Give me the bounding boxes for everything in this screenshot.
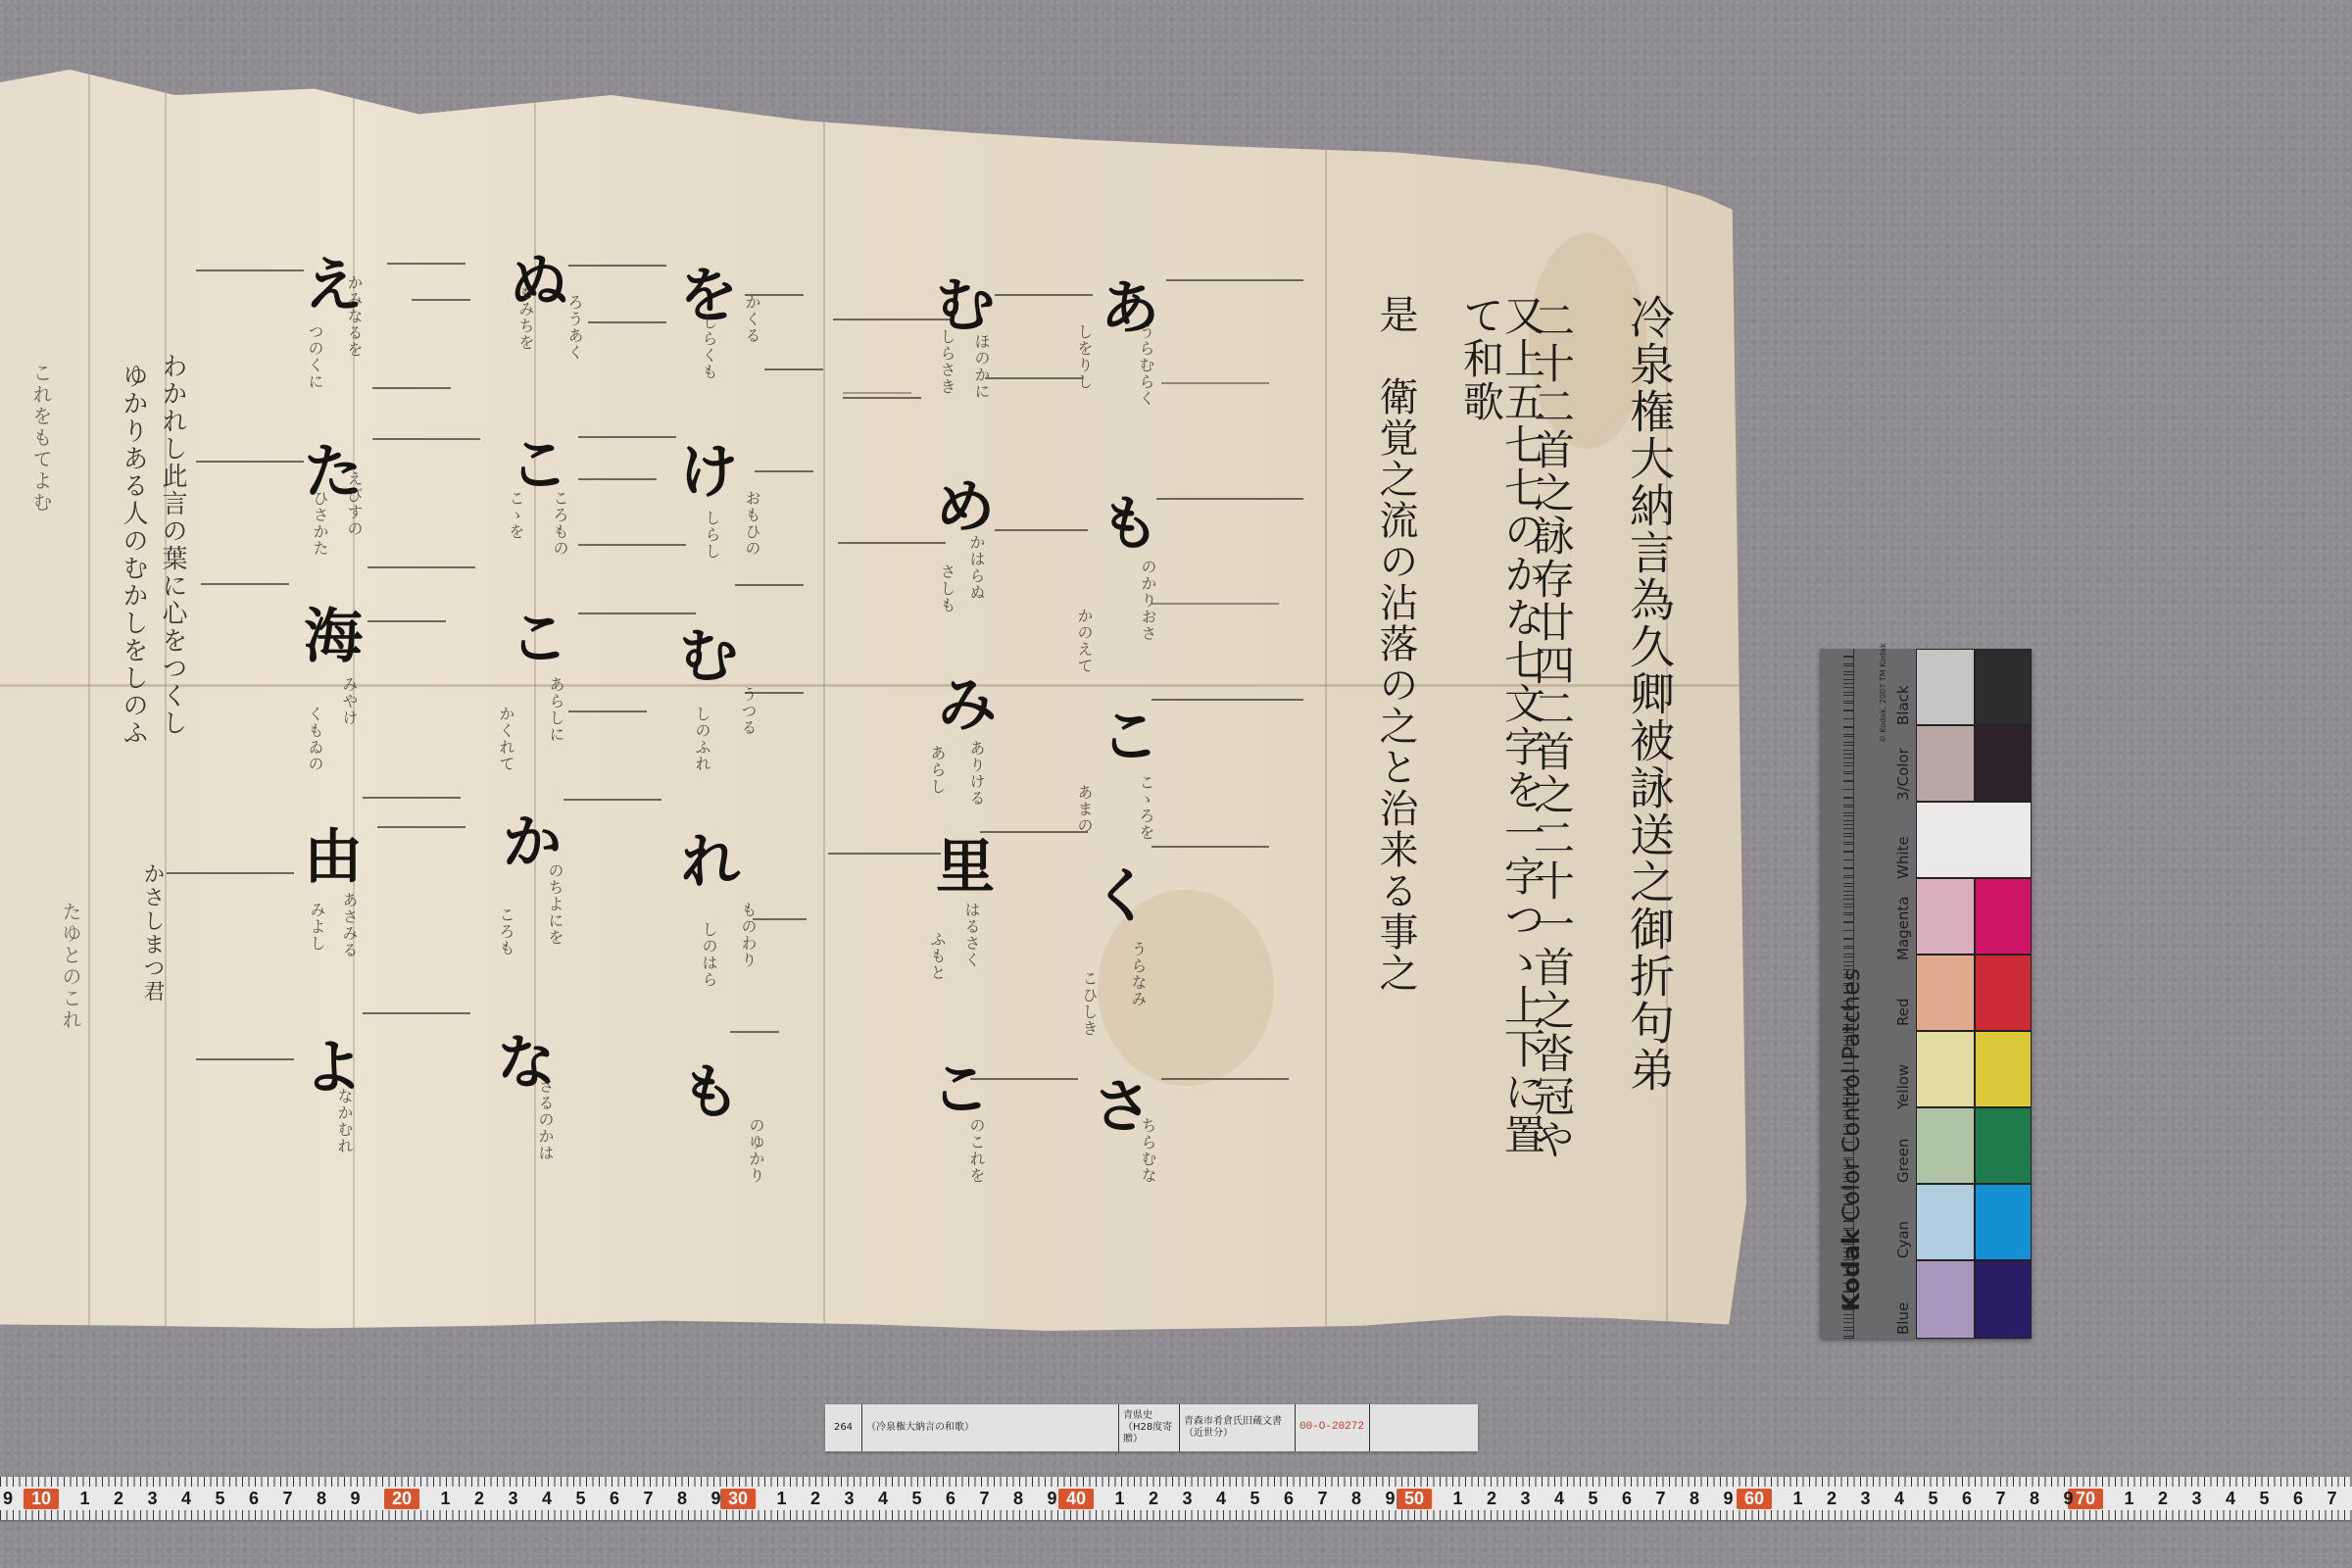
- tape-digit: 7: [1991, 1489, 2011, 1509]
- gloss-column: ろうあく: [563, 294, 586, 431]
- fold-line: [1325, 57, 1327, 1331]
- acrostic-kana: 海: [299, 608, 367, 666]
- gloss-line: [377, 826, 465, 828]
- gloss-column: こひしき: [1078, 970, 1101, 1088]
- gloss-column: みやけ: [338, 676, 361, 774]
- gloss-line: [753, 918, 807, 920]
- patch-cyan-light: [1916, 1184, 1975, 1260]
- acrostic-kana: む: [931, 276, 1000, 335]
- gloss-line: [1151, 603, 1279, 605]
- tape-digit: 4: [2221, 1489, 2240, 1509]
- tape-mark-50: 50: [1396, 1489, 1432, 1509]
- gloss-line: [387, 263, 465, 265]
- tape-mark-60: 60: [1737, 1489, 1772, 1509]
- gloss-column: さるのかは: [534, 1078, 557, 1205]
- measuring-tape: 9 10 20 30 40 50 60 70 12345678912345678…: [0, 1477, 2352, 1520]
- tape-digit: 1: [1110, 1489, 1130, 1509]
- gloss-line: [367, 620, 446, 622]
- patch-label-blue: Blue: [1894, 1302, 1912, 1335]
- catalog-number: 264: [825, 1404, 862, 1451]
- gloss-column: かはらぬ: [965, 534, 988, 681]
- tape-digit: 5: [1584, 1489, 1603, 1509]
- acrostic-kana: も: [676, 1063, 745, 1122]
- gloss-column: ふもと: [926, 931, 949, 1039]
- patch-magenta-light: [1916, 878, 1975, 955]
- tape-digit: 3: [143, 1489, 163, 1509]
- kodak-brand: Kodak Color Control Patches: [1837, 969, 1865, 1312]
- tape-digit: 1: [1788, 1489, 1808, 1509]
- acrostic-kana: む: [674, 627, 743, 686]
- gloss-column: くもゐの: [304, 706, 326, 833]
- gloss-line: [730, 1031, 779, 1033]
- tape-digit: 7: [2323, 1489, 2342, 1509]
- gloss-column: かくれて: [495, 706, 517, 823]
- gloss-line: [1161, 1078, 1289, 1080]
- gloss-column: あらしに: [545, 676, 567, 804]
- gloss-line: [588, 321, 666, 323]
- gloss-column: かくる: [741, 294, 763, 402]
- tape-digit: 2: [1822, 1489, 1841, 1509]
- tape-digit: 5: [907, 1489, 927, 1509]
- tape-digit: 4: [1889, 1489, 1909, 1509]
- acrostic-kana: め: [931, 478, 1000, 537]
- gloss-column: はるさく: [960, 902, 983, 1049]
- tape-digit: 9: [1381, 1489, 1400, 1509]
- patch-black-light: [1916, 649, 1975, 725]
- gloss-column: しのふれ: [691, 706, 713, 843]
- tape-digit: 4: [1211, 1489, 1231, 1509]
- closing-column-1: わかれし此言の葉に心をつくし: [155, 353, 191, 774]
- patch-label-white: White: [1894, 836, 1912, 879]
- gloss-column: こゝろを: [1135, 774, 1157, 872]
- gloss-line: [578, 544, 686, 546]
- gloss-line: [1156, 498, 1303, 500]
- tape-digit: 6: [2288, 1489, 2308, 1509]
- tape-digit: 3: [504, 1489, 523, 1509]
- tape-digit: 1: [2120, 1489, 2139, 1509]
- tape-digit: 8: [1008, 1489, 1028, 1509]
- tape-digit: 6: [1617, 1489, 1637, 1509]
- tape-digit: 2: [469, 1489, 489, 1509]
- patch-3color-dark: [1975, 725, 2032, 802]
- tape-digit: 6: [1957, 1489, 1977, 1509]
- tape-digit: 1: [772, 1489, 792, 1509]
- acrostic-kana: け: [674, 443, 743, 502]
- patch-label-magenta: Magenta: [1894, 897, 1912, 960]
- patch-magenta-dark: [1975, 878, 2032, 955]
- tape-digit: 2: [1144, 1489, 1163, 1509]
- tape-digit: 1: [1448, 1489, 1468, 1509]
- kodak-title: Color Control Patches: [1837, 969, 1865, 1222]
- patch-white: [1916, 802, 2032, 878]
- patch-blue-light: [1916, 1260, 1975, 1339]
- gloss-column: さしも: [936, 563, 958, 671]
- gloss-column: ほのかに: [970, 333, 993, 470]
- tape-digit: 5: [211, 1489, 230, 1509]
- gloss-column: あらし: [926, 745, 949, 853]
- gloss-line: [196, 269, 304, 271]
- kodak-gray-strip: Kodak Color Control Patches © Kodak, 200…: [1820, 649, 1916, 1339]
- acrostic-kana: 由: [299, 828, 367, 887]
- gloss-column: のかりおさ: [1137, 559, 1159, 715]
- acrostic-kana: こ: [505, 436, 573, 495]
- tape-digit: 9: [0, 1489, 18, 1509]
- tape-digit: 3: [840, 1489, 859, 1509]
- gloss-line: [568, 710, 647, 712]
- tape-digit: 5: [1246, 1489, 1265, 1509]
- gloss-line: [838, 542, 946, 544]
- tape-mark-10: 10: [24, 1489, 59, 1509]
- tape-digit: 8: [2025, 1489, 2044, 1509]
- tape-digit: 7: [278, 1489, 298, 1509]
- tape-digit: 7: [639, 1489, 659, 1509]
- tape-digit: 3: [1856, 1489, 1876, 1509]
- gloss-column: ころもの: [549, 490, 571, 617]
- gloss-column: のちよにを: [544, 862, 566, 1009]
- catalog-source: 青県史（H28度寄贈）: [1119, 1404, 1180, 1451]
- patch-yellow-dark: [1975, 1031, 2032, 1107]
- gloss-line: [167, 872, 294, 874]
- gloss-line: [995, 294, 1093, 296]
- tape-digit: 1: [75, 1489, 95, 1509]
- gloss-line: [755, 470, 813, 472]
- gloss-column: のこれを: [965, 1117, 988, 1245]
- gloss-column: しらさき: [936, 328, 958, 465]
- tape-digit: 4: [1549, 1489, 1569, 1509]
- tape-digit: 8: [312, 1489, 331, 1509]
- acrostic-kana: こ: [1096, 708, 1164, 766]
- gloss-column: ころも: [495, 906, 517, 1004]
- tape-digit: 2: [109, 1489, 128, 1509]
- tape-digit: 6: [244, 1489, 264, 1509]
- patch-green-dark: [1975, 1107, 2032, 1184]
- gloss-column: つのくに: [304, 323, 326, 470]
- tape-digit: 7: [975, 1489, 995, 1509]
- tape-mark-20: 20: [384, 1489, 419, 1509]
- gloss-line: [372, 438, 480, 440]
- gloss-line: [1161, 382, 1269, 384]
- tape-digit: 4: [873, 1489, 893, 1509]
- gloss-line: [843, 397, 921, 399]
- gloss-line: [578, 612, 696, 614]
- patch-label-cyan: Cyan: [1894, 1221, 1912, 1258]
- tape-digit: 9: [2059, 1489, 2079, 1509]
- gloss-column: あまの: [1073, 784, 1096, 902]
- kodak-color-card: Kodak Color Control Patches © Kodak, 200…: [1820, 649, 2032, 1339]
- catalog-collection: 青森市肴倉氏旧蔵文書（近世分）: [1180, 1404, 1296, 1451]
- tape-digit: 9: [1719, 1489, 1739, 1509]
- gloss-column: しをりし: [1073, 323, 1096, 451]
- acrostic-kana: も: [1096, 495, 1164, 554]
- gloss-column: ちらむな: [1137, 1117, 1159, 1254]
- acrostic-kana: み: [933, 676, 1002, 735]
- gloss-column: ものわり: [737, 902, 759, 1009]
- gloss-line: [985, 377, 1083, 379]
- title-column-3: 又上五七七のかな七文字を一字つゝ上下に置て和歌: [1460, 294, 1543, 1176]
- gloss-line: [367, 566, 475, 568]
- patch-green-light: [1916, 1107, 1975, 1184]
- gloss-line: [563, 799, 661, 801]
- tape-digit: 9: [707, 1489, 726, 1509]
- fold-line: [823, 57, 825, 1331]
- gloss-line: [363, 797, 461, 799]
- closing-column-3: かさしまつ君: [137, 862, 168, 1107]
- gloss-line: [372, 387, 451, 389]
- catalog-title: （冷泉権大納言の和歌）: [862, 1404, 1119, 1451]
- tape-digit: 6: [1279, 1489, 1298, 1509]
- tape-digit: 8: [672, 1489, 692, 1509]
- patch-label-black: Black: [1894, 685, 1912, 725]
- gloss-line: [363, 1012, 470, 1014]
- tape-digit: 3: [1178, 1489, 1198, 1509]
- title-column-4: 是 衛覚之流の沾落の之と治来る事之: [1376, 294, 1415, 1127]
- tape-digit: 1: [436, 1489, 456, 1509]
- gloss-line: [980, 831, 1088, 833]
- patch-cyan-dark: [1975, 1184, 2032, 1260]
- acrostic-kana: く: [1088, 867, 1156, 926]
- gloss-column: のゆかり: [745, 1117, 767, 1245]
- tape-digit: 7: [1651, 1489, 1671, 1509]
- patch-label-3color: 3/Color: [1894, 748, 1912, 801]
- tape-digit: 8: [1685, 1489, 1704, 1509]
- patch-yellow-light: [1916, 1031, 1975, 1107]
- patch-label-yellow: Yellow: [1894, 1064, 1912, 1109]
- tape-digit: 3: [2187, 1489, 2207, 1509]
- tape-digit: 2: [806, 1489, 825, 1509]
- catalog-label: 264 （冷泉権大納言の和歌） 青県史（H28度寄贈） 青森市肴倉氏旧蔵文書（近…: [825, 1404, 1478, 1451]
- closing-column-2: ゆかりある人のむかしをしのふ: [116, 363, 152, 784]
- patch-3color-light: [1916, 725, 1975, 802]
- tape-ticks-bottom: [0, 1510, 2352, 1520]
- kodak-copyright: © Kodak, 2007 TM Kodak: [1879, 643, 1887, 743]
- gloss-column: こゝを: [505, 490, 527, 598]
- gloss-line: [196, 1058, 294, 1060]
- tape-digit: 2: [1482, 1489, 1501, 1509]
- kodak-logo: Kodak: [1837, 1229, 1865, 1311]
- gloss-line: [828, 853, 941, 855]
- patch-blue-dark: [1975, 1260, 2032, 1339]
- gloss-line: [1151, 699, 1303, 701]
- gloss-column: ありける: [965, 740, 988, 857]
- gloss-line: [412, 299, 470, 301]
- gloss-line: [578, 436, 676, 438]
- gloss-column: しらくも: [698, 314, 720, 451]
- gloss-column: かみなるを: [343, 274, 366, 431]
- gloss-line: [578, 478, 657, 480]
- title-column-1: 冷泉権大納言為久卿被詠送之御折句弟: [1627, 294, 1672, 1176]
- gloss-line: [995, 529, 1088, 531]
- gloss-column: しのはら: [698, 921, 720, 1058]
- tape-digit: 2: [2153, 1489, 2173, 1509]
- tape-digit: 4: [176, 1489, 196, 1509]
- acrostic-kana: こ: [926, 1060, 995, 1119]
- gloss-column: おもひの: [741, 490, 763, 627]
- tape-digit: 6: [941, 1489, 960, 1509]
- patch-label-red: Red: [1894, 999, 1912, 1027]
- catalog-blank-cell: [1370, 1404, 1478, 1451]
- patch-black-dark: [1975, 649, 2032, 725]
- gloss-line: [1166, 279, 1303, 281]
- gloss-line: [833, 318, 951, 320]
- gloss-column: あさみる: [338, 892, 361, 1009]
- gloss-line: [201, 583, 289, 585]
- gloss-line: [1151, 846, 1269, 848]
- tape-digit: 3: [1516, 1489, 1536, 1509]
- gloss-column: かのえて: [1073, 608, 1096, 745]
- tape-ticks-top: [0, 1477, 2352, 1487]
- tape-digit: 5: [2255, 1489, 2275, 1509]
- gloss-line: [568, 265, 666, 267]
- gloss-column: うらむらく: [1135, 323, 1157, 490]
- catalog-code: 00-O-20272: [1296, 1404, 1370, 1451]
- gloss-line: [196, 461, 304, 463]
- closing-column-4: たゆとのこれ: [57, 902, 85, 1117]
- tape-digit: 7: [1313, 1489, 1333, 1509]
- gloss-column: うつる: [737, 686, 759, 794]
- patch-label-green: Green: [1894, 1139, 1912, 1183]
- tape-digit: 4: [537, 1489, 557, 1509]
- tape-digit: 5: [1924, 1489, 1943, 1509]
- tape-digit: 6: [605, 1489, 624, 1509]
- tape-digit: 8: [1347, 1489, 1366, 1509]
- gloss-line: [843, 392, 911, 394]
- gloss-column: しらし: [701, 510, 723, 617]
- fold-line: [88, 57, 90, 1331]
- gloss-column: うらなみ: [1127, 941, 1150, 1078]
- patch-red-light: [1916, 955, 1975, 1031]
- gloss-column: なかむれ: [333, 1088, 356, 1215]
- gloss-line: [970, 1078, 1078, 1080]
- gloss-line: [764, 368, 823, 370]
- tape-digit: 9: [1043, 1489, 1062, 1509]
- gloss-column: えびすの: [343, 470, 366, 598]
- tape-digit: 9: [346, 1489, 366, 1509]
- gloss-column: みよし: [306, 902, 328, 1009]
- patch-red-dark: [1975, 955, 2032, 1031]
- gloss-column: ひさかた: [309, 490, 331, 608]
- tape-mark-40: 40: [1058, 1489, 1094, 1509]
- acrostic-kana: こ: [505, 610, 573, 668]
- closing-column-5: これをもてよむ: [27, 363, 56, 657]
- tape-digit: 5: [571, 1489, 591, 1509]
- gloss-column: もみちを: [514, 284, 537, 431]
